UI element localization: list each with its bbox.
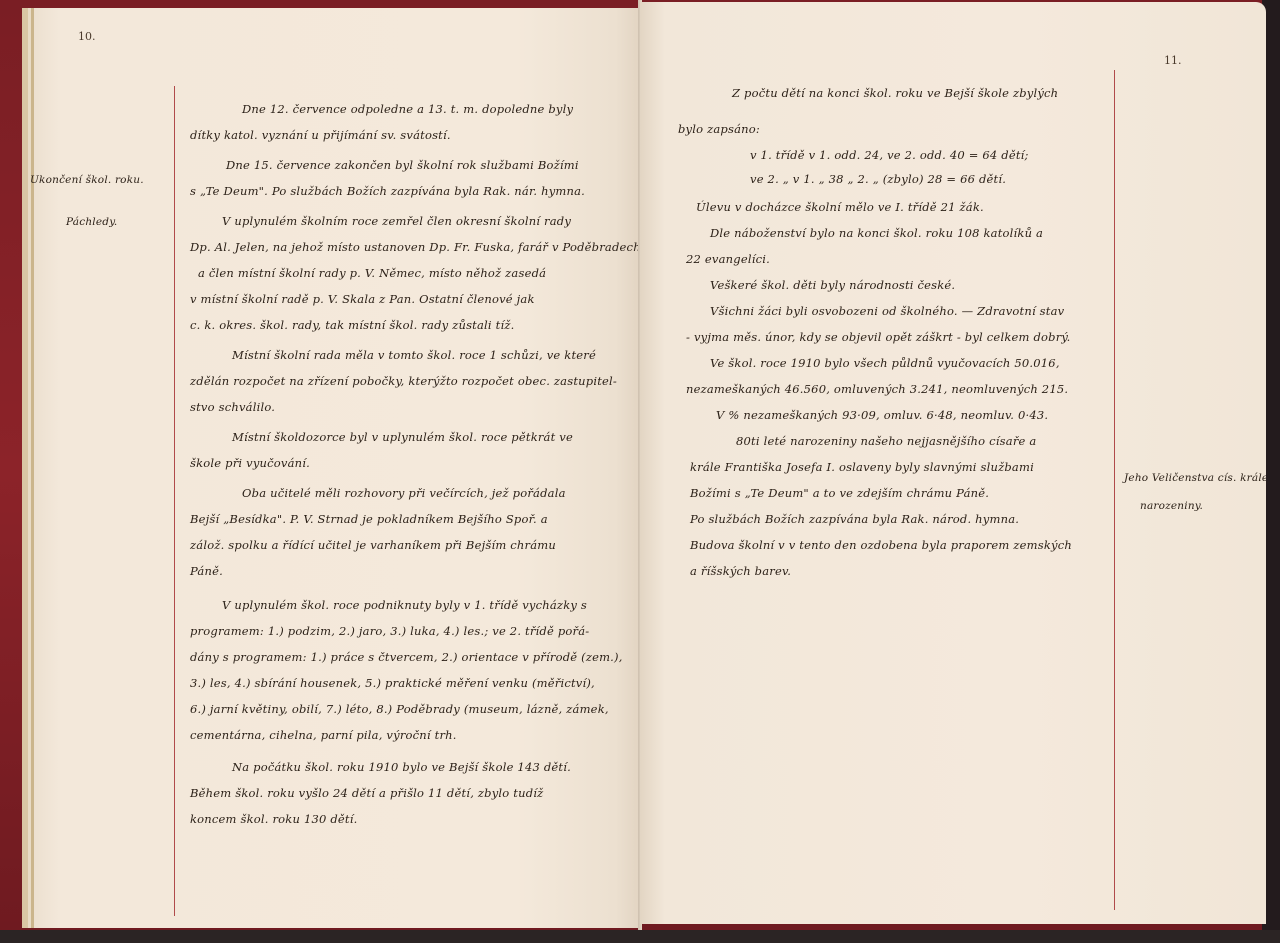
text-line: zdělán rozpočet na zřízení pobočky, kter… xyxy=(190,374,617,388)
text-line: c. k. okres. škol. rady, tak místní škol… xyxy=(190,318,514,332)
margin-note: Ukončení škol. roku. xyxy=(30,174,144,186)
text-line: a člen místní školní rady p. V. Němec, m… xyxy=(198,266,546,280)
text-line: Ve škol. roce 1910 bylo všech půldnů vyu… xyxy=(710,356,1060,370)
text-line: 6.) jarní květiny, obilí, 7.) léto, 8.) … xyxy=(190,702,609,716)
text-line: Během škol. roku vyšlo 24 dětí a přišlo … xyxy=(190,786,543,800)
text-line: Bejší „Besídka". P. V. Strnad je pokladn… xyxy=(190,512,548,526)
text-line: zálož. spolku a řídící učitel je varhaní… xyxy=(190,538,556,552)
text-line: Úlevu v docházce školní mělo ve I. třídě… xyxy=(696,200,984,214)
text-line: Páně. xyxy=(190,564,223,578)
page-number: 11. xyxy=(1164,54,1182,67)
text-line: Z počtu dětí na konci škol. roku ve Bejš… xyxy=(732,86,1058,100)
margin-note: Jeho Veličenstva cís. krále xyxy=(1124,472,1266,484)
text-line: stvo schválilo. xyxy=(190,400,275,414)
text-line: krále Františka Josefa I. oslaveny byly … xyxy=(690,460,1034,474)
cover-edge-bottom xyxy=(0,930,1280,943)
page-number: 10. xyxy=(78,30,96,43)
text-line: bylo zapsáno: xyxy=(678,122,760,136)
text-line: 3.) les, 4.) sbírání housenek, 5.) prakt… xyxy=(190,676,595,690)
text-line: Všichni žáci byli osvobozeni od školného… xyxy=(710,304,1064,318)
text-line: V % nezameškaných 93·09, omluv. 6·48, ne… xyxy=(716,408,1048,422)
text-line: Dp. Al. Jelen, na jehož místo ustanoven … xyxy=(190,240,640,254)
text-line: - vyjma měs. únor, kdy se objevil opět z… xyxy=(686,330,1070,344)
text-line: cementárna, cihelna, parní pila, výroční… xyxy=(190,728,457,742)
text-line: 80ti leté narozeniny našeho nejjasnějšíh… xyxy=(736,434,1036,448)
text-line: Oba učitelé měli rozhovory při večírcích… xyxy=(242,486,566,500)
text-line: Dne 15. července zakončen byl školní rok… xyxy=(226,158,579,172)
text-line: ve 2. „ v 1. „ 38 „ 2. „ (zbylo) 28 = 66… xyxy=(750,172,1006,186)
margin-rule xyxy=(174,86,175,916)
margin-rule xyxy=(1114,70,1115,910)
text-line: Dle náboženství bylo na konci škol. roku… xyxy=(710,226,1043,240)
text-line: a říšských barev. xyxy=(690,564,791,578)
text-line: Na počátku škol. roku 1910 bylo ve Bejší… xyxy=(232,760,571,774)
text-line: nezameškaných 46.560, omluvených 3.241, … xyxy=(686,382,1068,396)
text-line: dány s programem: 1.) práce s čtvercem, … xyxy=(190,650,623,664)
text-line: V uplynulém škol. roce podniknuty byly v… xyxy=(222,598,587,612)
text-line: v místní školní radě p. V. Skala z Pan. … xyxy=(190,292,535,306)
text-line: 22 evangelíci. xyxy=(686,252,770,266)
text-line: Dne 12. července odpoledne a 13. t. m. d… xyxy=(242,102,573,116)
text-line: dítky katol. vyznání u přijímání sv. svá… xyxy=(190,128,451,142)
text-line: Místní školdozorce byl v uplynulém škol.… xyxy=(232,430,573,444)
text-line: v 1. třídě v 1. odd. 24, ve 2. odd. 40 =… xyxy=(750,148,1029,162)
left-page: 10. Ukončení škol. roku. Páchledy. Dne 1… xyxy=(22,8,640,928)
margin-note: Páchledy. xyxy=(66,216,117,228)
text-line: Božími s „Te Deum" a to ve zdejším chrám… xyxy=(690,486,989,500)
text-line: s „Te Deum". Po službách Božích zazpíván… xyxy=(190,184,585,198)
text-line: škole při vyučování. xyxy=(190,456,310,470)
text-line: Po službách Božích zazpívána byla Rak. n… xyxy=(690,512,1019,526)
text-line: Budova školní v v tento den ozdobena byl… xyxy=(690,538,1072,552)
text-line: V uplynulém školním roce zemřel člen okr… xyxy=(222,214,571,228)
right-page: 11. Jeho Veličenstva cís. krále narozeni… xyxy=(640,2,1266,924)
text-line: programem: 1.) podzim, 2.) jaro, 3.) luk… xyxy=(190,624,589,638)
text-line: koncem škol. roku 130 dětí. xyxy=(190,812,357,826)
text-line: Místní školní rada měla v tomto škol. ro… xyxy=(232,348,596,362)
text-line: Veškeré škol. děti byly národnosti české… xyxy=(710,278,955,292)
margin-note: narozeniny. xyxy=(1140,500,1203,512)
